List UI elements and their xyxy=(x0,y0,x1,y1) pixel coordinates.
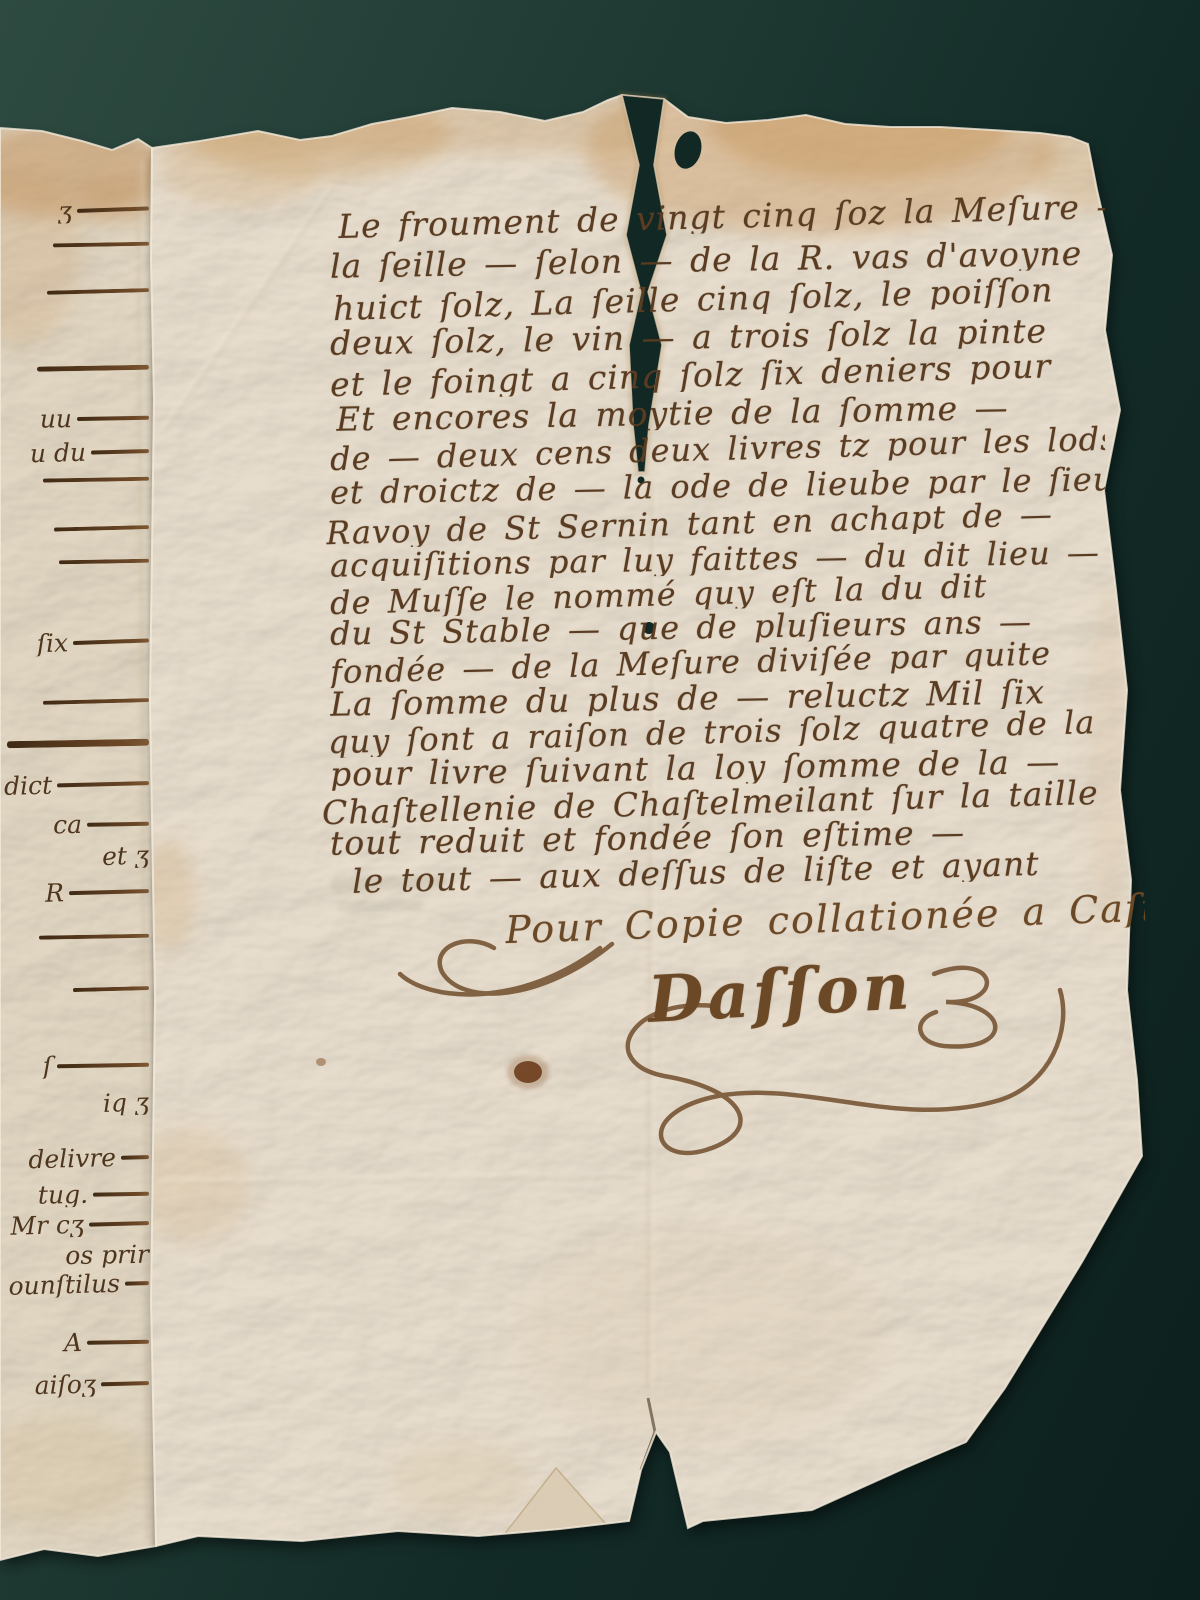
manuscript-photo: ʒuuu duſixdictcaet ʒRſiq ʒdelivretug.Mr … xyxy=(0,0,1200,1600)
paper-artwork xyxy=(0,0,1200,1600)
signature: Daſſon xyxy=(647,955,915,1033)
